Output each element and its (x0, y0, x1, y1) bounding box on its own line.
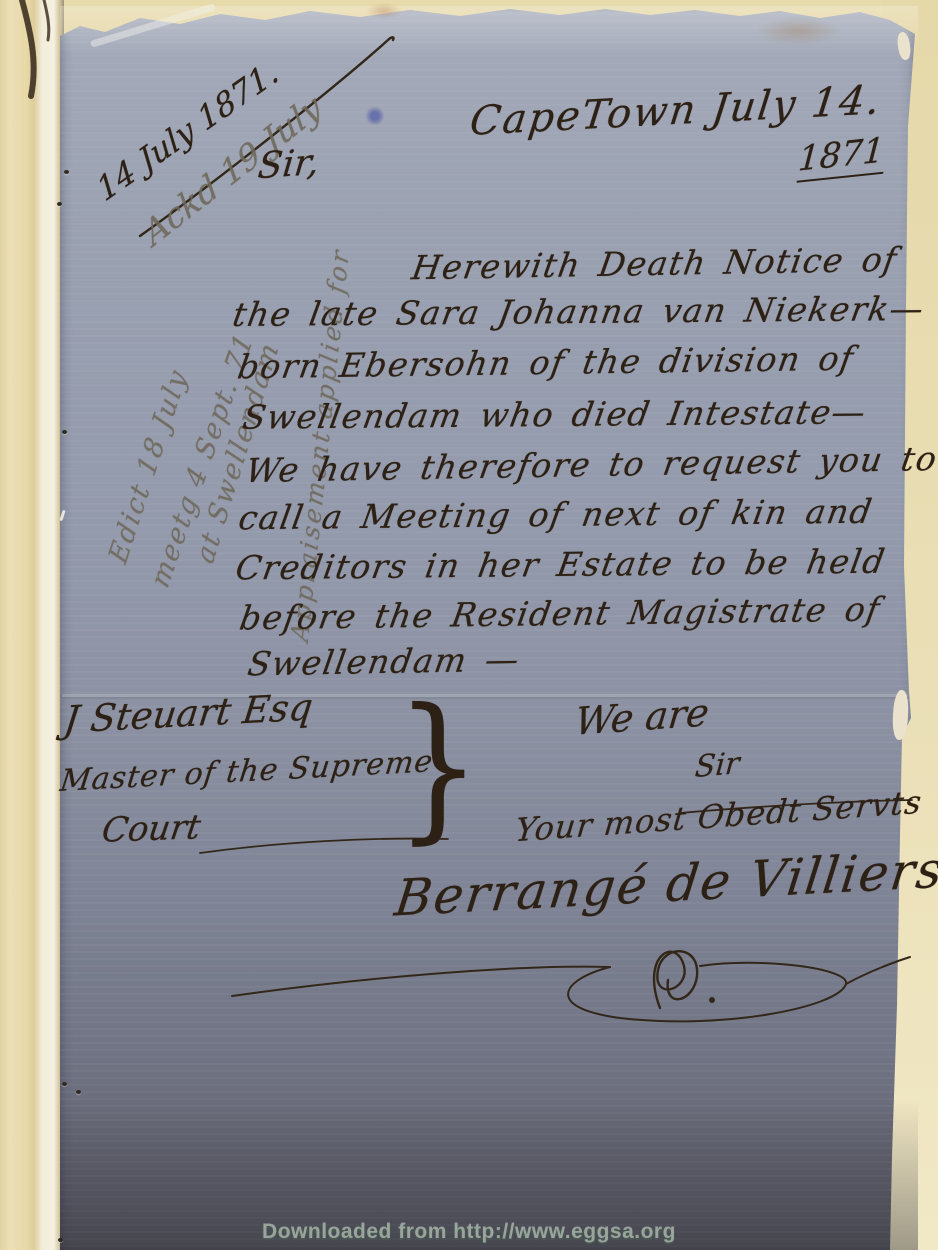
brown-stain (742, 12, 854, 50)
date-year: 1871 (797, 133, 886, 178)
stitch-hole (57, 202, 62, 206)
body-line: the late Sara Johanna van Niekerk— (230, 292, 927, 333)
body-line: Swellendam who died Intestate— (240, 395, 869, 435)
closing-we-are: We are (573, 693, 711, 743)
body-line: before the Resident Magistrate of (237, 592, 883, 636)
stitch-hole (62, 1082, 67, 1086)
stitch-hole (64, 170, 69, 174)
blue-ink-blot (366, 106, 384, 126)
body-line: call a Meeting of next of kin and (236, 495, 875, 536)
salutation: Sir, (256, 144, 321, 186)
body-line: Herewith Death Notice of (409, 243, 900, 286)
left-page-binding-edge (0, 0, 64, 1250)
stitch-hole (62, 430, 67, 434)
stitch-hole (76, 1090, 81, 1094)
addressee-brace: } (396, 688, 481, 846)
addressee-title-2: Court (100, 810, 203, 849)
watermark-text: Downloaded from http://www.eggsa.org (0, 1220, 938, 1244)
body-line: Creditors in her Estate to be held (233, 545, 888, 587)
body-line: born Ebersohn of the division of (235, 342, 857, 385)
closing-sir: Sir (694, 748, 741, 784)
scanned-letter-page: 14 July 1871. Ackd 19 July Edict 18 July… (0, 0, 938, 1250)
brown-stain-small (360, 0, 408, 22)
